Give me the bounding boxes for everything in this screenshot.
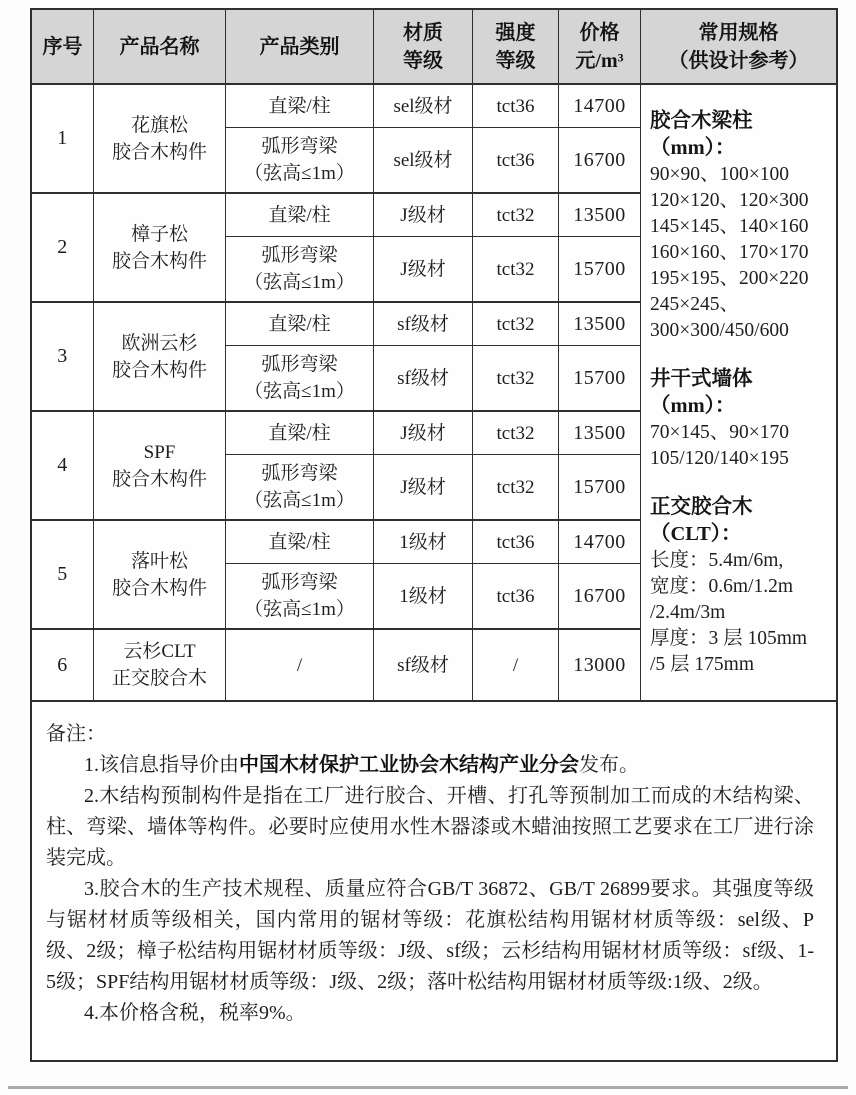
material-cell: J级材 bbox=[374, 412, 473, 455]
product-name: 樟子松 胶合木构件 bbox=[94, 194, 226, 303]
strength-cell: tct32 bbox=[473, 412, 559, 455]
strength-cell: tct32 bbox=[473, 346, 559, 412]
row-no: 3 bbox=[32, 303, 94, 412]
material-cell: 1级材 bbox=[374, 564, 473, 630]
notes-section: 备注： 1.该信息指导价由中国木材保护工业协会木结构产业分会发布。 2.木结构预… bbox=[32, 702, 836, 1060]
note-1-prefix: 1.该信息指导价由 bbox=[84, 754, 239, 776]
strength-cell: tct32 bbox=[473, 237, 559, 303]
price-cell: 16700 bbox=[559, 564, 641, 630]
header-no: 序号 bbox=[32, 10, 94, 85]
row-no: 1 bbox=[32, 85, 94, 194]
strength-cell: tct36 bbox=[473, 85, 559, 128]
spec-section-log-wall: 井干式墙体（mm）： 70×145、90×170 105/120/140×195 bbox=[650, 366, 832, 472]
material-cell: sel级材 bbox=[374, 128, 473, 194]
product-name: 花旗松 胶合木构件 bbox=[94, 85, 226, 194]
price-cell: 14700 bbox=[559, 521, 641, 564]
row-no: 4 bbox=[32, 412, 94, 521]
price-table: 序号 产品名称 产品类别 材质 等级 强度 等级 价格 元/m³ 常用规格 （供… bbox=[32, 10, 836, 1060]
material-cell: sf级材 bbox=[374, 346, 473, 412]
row-no: 2 bbox=[32, 194, 94, 303]
material-cell: sf级材 bbox=[374, 630, 473, 702]
category-cell: 直梁/柱 bbox=[226, 521, 374, 564]
price-cell: 13500 bbox=[559, 412, 641, 455]
spec-section-lines: 90×90、100×100 120×120、120×300 145×145、14… bbox=[650, 162, 832, 344]
header-price: 价格 元/m³ bbox=[559, 10, 641, 85]
product-name: 云杉CLT 正交胶合木 bbox=[94, 630, 226, 702]
common-specs-cell: 胶合木梁柱（mm）： 90×90、100×100 120×120、120×300… bbox=[641, 85, 836, 702]
category-cell: 直梁/柱 bbox=[226, 303, 374, 346]
spec-section-clt: 正交胶合木 （CLT）： 长度：5.4m/6m, 宽度：0.6m/1.2m /2… bbox=[650, 494, 807, 678]
product-name: 落叶松 胶合木构件 bbox=[94, 521, 226, 630]
spec-section-title: 胶合木梁柱（mm）： bbox=[650, 108, 832, 162]
category-cell: 直梁/柱 bbox=[226, 412, 374, 455]
spec-section-lines: 长度：5.4m/6m, 宽度：0.6m/1.2m /2.4m/3m 厚度：3 层… bbox=[650, 548, 807, 678]
material-cell: J级材 bbox=[374, 455, 473, 521]
product-name: 欧洲云杉 胶合木构件 bbox=[94, 303, 226, 412]
price-cell: 15700 bbox=[559, 237, 641, 303]
strength-cell: tct32 bbox=[473, 194, 559, 237]
category-cell: / bbox=[226, 630, 374, 702]
header-material-grade: 材质 等级 bbox=[374, 10, 473, 85]
spec-section-title: 井干式墙体（mm）： bbox=[650, 366, 832, 420]
header-product-name: 产品名称 bbox=[94, 10, 226, 85]
strength-cell: tct32 bbox=[473, 303, 559, 346]
category-cell: 直梁/柱 bbox=[226, 194, 374, 237]
strength-cell: tct36 bbox=[473, 564, 559, 630]
product-name: SPF 胶合木构件 bbox=[94, 412, 226, 521]
material-cell: J级材 bbox=[374, 237, 473, 303]
row-no: 6 bbox=[32, 630, 94, 702]
category-cell: 弧形弯梁 （弦高≤1m） bbox=[226, 564, 374, 630]
note-1: 1.该信息指导价由中国木材保护工业协会木结构产业分会发布。 bbox=[46, 750, 814, 781]
notes-label: 备注： bbox=[46, 719, 814, 750]
spec-section-glulam: 胶合木梁柱（mm）： 90×90、100×100 120×120、120×300… bbox=[650, 108, 832, 344]
strength-cell: tct36 bbox=[473, 521, 559, 564]
note-2: 2.木结构预制构件是指在工厂进行胶合、开槽、打孔等预制加工而成的木结构梁、柱、弯… bbox=[46, 781, 814, 874]
material-cell: 1级材 bbox=[374, 521, 473, 564]
category-cell: 直梁/柱 bbox=[226, 85, 374, 128]
strength-cell: tct36 bbox=[473, 128, 559, 194]
strength-cell: tct32 bbox=[473, 455, 559, 521]
price-cell: 13500 bbox=[559, 303, 641, 346]
category-cell: 弧形弯梁 （弦高≤1m） bbox=[226, 455, 374, 521]
spec-section-lines: 70×145、90×170 105/120/140×195 bbox=[650, 420, 832, 472]
category-cell: 弧形弯梁 （弦高≤1m） bbox=[226, 128, 374, 194]
price-cell: 14700 bbox=[559, 85, 641, 128]
row-no: 5 bbox=[32, 521, 94, 630]
page-edge-shadow bbox=[8, 1086, 848, 1089]
note-4: 4.本价格含税，税率9%。 bbox=[46, 998, 814, 1029]
note-1-association-name: 中国木材保护工业协会木结构产业分会 bbox=[239, 754, 579, 776]
note-3: 3.胶合木的生产技术规程、质量应符合GB/T 36872、GB/T 26899要… bbox=[46, 874, 814, 998]
price-table-sheet: 序号 产品名称 产品类别 材质 等级 强度 等级 价格 元/m³ 常用规格 （供… bbox=[30, 8, 838, 1062]
document-page: { "colors": { "header_bg": "#d5d5d5", "b… bbox=[0, 0, 856, 1095]
material-cell: J级材 bbox=[374, 194, 473, 237]
note-1-suffix: 发布。 bbox=[579, 754, 639, 776]
header-category: 产品类别 bbox=[226, 10, 374, 85]
price-cell: 13000 bbox=[559, 630, 641, 702]
category-cell: 弧形弯梁 （弦高≤1m） bbox=[226, 237, 374, 303]
material-cell: sf级材 bbox=[374, 303, 473, 346]
strength-cell: / bbox=[473, 630, 559, 702]
spec-section-title: 正交胶合木 （CLT）： bbox=[650, 494, 807, 548]
header-strength-grade: 强度 等级 bbox=[473, 10, 559, 85]
price-cell: 15700 bbox=[559, 346, 641, 412]
material-cell: sel级材 bbox=[374, 85, 473, 128]
price-cell: 15700 bbox=[559, 455, 641, 521]
price-cell: 13500 bbox=[559, 194, 641, 237]
price-cell: 16700 bbox=[559, 128, 641, 194]
header-common-specs: 常用规格 （供设计参考） bbox=[641, 10, 836, 85]
category-cell: 弧形弯梁 （弦高≤1m） bbox=[226, 346, 374, 412]
